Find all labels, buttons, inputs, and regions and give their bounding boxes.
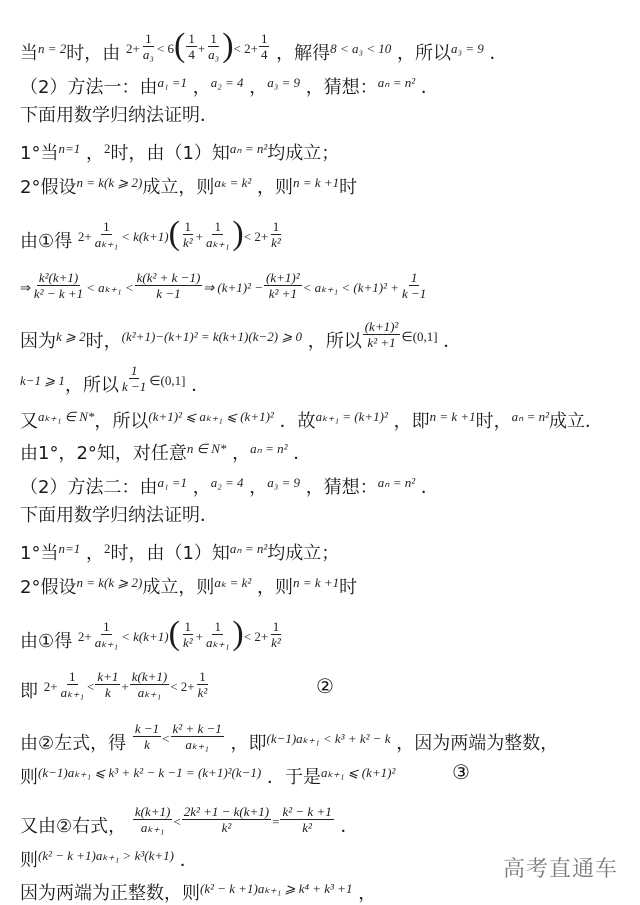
math: 2+ — [78, 229, 92, 244]
math: < 6 — [157, 41, 174, 56]
numerator: 1 — [208, 31, 219, 47]
math: k−1 ⩾ 1 — [20, 373, 65, 388]
fraction: k(k+1)aₖ₊₁ — [130, 669, 169, 700]
denominator: aₖ₊₁ — [93, 235, 120, 250]
fraction: 1k² — [269, 619, 283, 650]
fraction: 1k² — [181, 619, 195, 650]
math: < k(k+1) — [121, 629, 169, 644]
text: ，则 — [257, 177, 293, 198]
text: ， — [193, 477, 211, 498]
numerator: 1 — [271, 219, 282, 235]
math: aₙ = n² — [512, 409, 549, 424]
math: (k+1)² ⩽ aₖ₊₁ ⩽ (k+1)² — [148, 409, 273, 424]
math: aₙ = n² — [230, 141, 267, 156]
text: 均成立； — [267, 143, 339, 164]
line-5: 2°假设n = k(k ⩾ 2)成立，则aₖ = k² ，则n = k +1时 — [20, 172, 357, 199]
text: 2°假设 — [20, 577, 76, 598]
line-21: 则(k² − k +1)aₖ₊₁ > k³(k+1) ． — [20, 845, 198, 872]
line-20: 又由②右式， k(k+1)aₖ₊₁<2k² +1 − k(k+1)k²=k² −… — [20, 811, 358, 843]
text: ， — [358, 883, 376, 904]
denominator: aₖ₊₁ — [93, 635, 120, 650]
numerator: 2k² +1 − k(k+1) — [182, 804, 271, 820]
math: aₖ₊₁ ⩽ (k+1)² — [321, 765, 395, 780]
fraction: 1aₖ₊₁ — [59, 669, 86, 700]
text: 由1°，2°知，对任意 — [20, 443, 187, 464]
right-paren: ) — [222, 27, 233, 64]
text: ，所以 — [94, 411, 148, 432]
text: ，解得 — [276, 43, 330, 64]
text: （2）方法二：由 — [20, 477, 157, 498]
math: 2+ — [44, 679, 58, 694]
text: 时， — [476, 411, 512, 432]
text: 下面用数学归纳法证明． — [20, 105, 218, 126]
numerator: 1 — [183, 219, 194, 235]
numerator: 1 — [259, 31, 270, 47]
math: a₃ = 9 — [267, 475, 300, 490]
math: (k−1)aₖ₊₁ < k³ + k² − k — [266, 731, 390, 746]
fraction: k+1k — [95, 669, 120, 700]
denominator: aₖ₊₁ — [204, 235, 231, 250]
text: 成立，则 — [142, 577, 214, 598]
text: （2）方法一：由 — [20, 77, 157, 98]
text: ，即 — [394, 411, 430, 432]
text: ， — [249, 77, 267, 98]
text: 时，由（1）知 — [110, 143, 229, 164]
numerator: k(k+1) — [133, 804, 172, 820]
numerator: 1 — [197, 669, 208, 685]
text: ， — [86, 543, 104, 564]
left-paren: ( — [169, 215, 180, 252]
text: 因为 — [20, 331, 56, 352]
fraction: (k+1)²k² +1 — [264, 270, 302, 301]
numerator: k² + k −1 — [171, 721, 224, 737]
math: aₖ₊₁ ∈ N* — [38, 409, 94, 424]
math: k ⩾ 2 — [56, 329, 86, 344]
text: 1°当 — [20, 543, 58, 564]
denominator: k² — [300, 820, 314, 835]
text: ． — [443, 331, 461, 352]
math: < aₖ₊₁ < (k+1)² + — [303, 280, 399, 295]
fraction: 1k² — [181, 219, 195, 250]
numerator: 1 — [212, 219, 223, 235]
math: < — [87, 679, 94, 694]
watermark: 高考直通车 — [503, 852, 618, 883]
math: n = k +1 — [293, 175, 339, 190]
denominator: k² — [181, 635, 195, 650]
text: 1°当 — [20, 143, 58, 164]
math: + — [196, 229, 203, 244]
fraction: k −1k — [133, 721, 161, 752]
denominator: k² − k +1 — [32, 286, 85, 301]
fraction: 2k² +1 − k(k+1)k² — [182, 804, 271, 835]
text: 则 — [20, 850, 38, 871]
text: 由①得 — [20, 631, 72, 652]
math: a₂ = 4 — [211, 475, 244, 490]
numerator: 1 — [186, 31, 197, 47]
math: 2+ — [126, 41, 140, 56]
math: aₙ = n² — [378, 475, 415, 490]
math: = — [272, 814, 279, 829]
text: 成立． — [549, 411, 603, 432]
line-22: 因为两端为正整数，则(k² − k +1)aₖ₊₁ ⩾ k⁴ + k³ +1 ， — [20, 878, 376, 905]
math: 8 < a₃ < 10 — [330, 41, 391, 56]
denominator: 4 — [186, 47, 197, 62]
text: ， — [232, 443, 250, 464]
denominator: a₃ — [206, 47, 221, 62]
numerator: 1 — [101, 619, 112, 635]
numerator: 1 — [129, 363, 140, 379]
fraction: 1a₃ — [206, 31, 221, 62]
math: aₖ = k² — [214, 175, 251, 190]
denominator: k −1 — [154, 286, 182, 301]
numerator: k+1 — [95, 669, 120, 685]
line-11: 由1°，2°知，对任意n ∈ N* ，aₙ = n² ． — [20, 438, 311, 465]
math: ⇒ (k+1)² − — [203, 280, 263, 295]
denominator: k −1 — [120, 379, 148, 394]
math: a₂ = 4 — [211, 75, 244, 90]
text: ． — [490, 43, 508, 64]
equation-label-3: ③ — [452, 760, 470, 784]
denominator: aₖ₊₁ — [204, 635, 231, 650]
denominator: k² +1 — [267, 286, 299, 301]
text: 时 — [339, 177, 357, 198]
denominator: k² +1 — [365, 335, 397, 350]
denominator: k −1 — [400, 286, 428, 301]
math: a₁ =1 — [157, 475, 187, 490]
fraction: 1aₖ₊₁ — [204, 619, 231, 650]
line-12: （2）方法二：由a₁ =1 ，a₂ = 4 ，a₃ = 9 ，猜想：aₙ = n… — [20, 472, 439, 499]
right-paren: ) — [232, 215, 243, 252]
math: < 2+ — [234, 41, 258, 56]
line-3: 下面用数学归纳法证明． — [20, 105, 218, 127]
numerator: 1 — [143, 31, 154, 47]
text: 成立，则 — [142, 177, 214, 198]
fraction: 1a₃ — [141, 31, 156, 62]
fraction: 1aₖ₊₁ — [93, 619, 120, 650]
fraction: 1aₖ₊₁ — [204, 219, 231, 250]
numerator: (k+1)² — [264, 270, 302, 286]
text: ，则 — [257, 577, 293, 598]
text: 由①得 — [20, 231, 72, 252]
line-19: 则(k−1)aₖ₊₁ ⩽ k³ + k² − k −1 = (k+1)²(k−1… — [20, 762, 395, 789]
line-17: 即 2+1aₖ₊₁<k+1k+k(k+1)aₖ₊₁< 2+1k² — [20, 676, 210, 708]
line-14: 1°当n=1 ，2时，由（1）知aₙ = n²均成立； — [20, 538, 339, 565]
line-18: 由②左式，得 k −1k<k² + k −1aₖ₊₁ ，即(k−1)aₖ₊₁ <… — [20, 728, 558, 760]
line-9: k−1 ⩾ 1，所以1k −1∈(0,1] ． — [20, 370, 209, 402]
numerator: 1 — [212, 619, 223, 635]
numerator: 1 — [409, 270, 420, 286]
fraction: k(k² + k −1)k −1 — [135, 270, 203, 301]
text: ，所以 — [397, 43, 451, 64]
text: ，所以 — [65, 375, 119, 396]
denominator: k — [103, 685, 113, 700]
math: n = k +1 — [430, 409, 476, 424]
text: 即 — [20, 681, 38, 702]
math: ∈(0,1] — [401, 329, 437, 344]
math: a₁ =1 — [157, 75, 187, 90]
line-6: 由①得 2+1aₖ₊₁< k(k+1)(1k²+1aₖ₊₁)< 2+1k² — [20, 226, 284, 258]
text: 又 — [20, 411, 38, 432]
text: 因为两端为正整数，则 — [20, 883, 200, 904]
denominator: k — [142, 737, 152, 752]
line-4: 1°当n=1 ，2时，由（1）知aₙ = n²均成立； — [20, 138, 339, 165]
text: 均成立； — [267, 543, 339, 564]
text: 时，由 — [66, 43, 120, 64]
line-15: 2°假设n = k(k ⩾ 2)成立，则aₖ = k² ，则n = k +1时 — [20, 572, 357, 599]
fraction: 1k² — [269, 219, 283, 250]
text: ，因为两端为整数， — [396, 733, 558, 754]
denominator: aₖ₊₁ — [59, 685, 86, 700]
text: ．故 — [280, 411, 316, 432]
text: ． — [421, 477, 439, 498]
math: ⇒ — [20, 280, 31, 295]
fraction: k²(k+1)k² − k +1 — [32, 270, 85, 301]
math: + — [198, 41, 205, 56]
denominator: k² — [196, 685, 210, 700]
line-13: 下面用数学归纳法证明． — [20, 505, 218, 527]
math: n=1 — [58, 141, 80, 156]
text: 当 — [20, 43, 38, 64]
denominator: aₖ₊₁ — [183, 737, 210, 752]
text: 时 — [339, 577, 357, 598]
line-7: ⇒k²(k+1)k² − k +1< aₖ₊₁ <k(k² + k −1)k −… — [20, 277, 429, 309]
numerator: 1 — [183, 619, 194, 635]
text: ，猜想： — [306, 77, 378, 98]
math: (k²+1)−(k+1)² = k(k+1)(k−2) ⩾ 0 — [122, 329, 302, 344]
math: < aₖ₊₁ < — [86, 280, 133, 295]
text: ． — [340, 816, 358, 837]
text: ． — [191, 375, 209, 396]
math: < k(k+1) — [121, 229, 169, 244]
math: ∈(0,1] — [149, 373, 185, 388]
fraction: 1aₖ₊₁ — [93, 219, 120, 250]
denominator: 4 — [259, 47, 270, 62]
math: < — [162, 731, 169, 746]
fraction: 14 — [186, 31, 197, 62]
text: 由②左式，得 — [20, 733, 126, 754]
math: n = k +1 — [293, 575, 339, 590]
math: aₙ = n² — [230, 541, 267, 556]
text: ． — [180, 850, 198, 871]
fraction: 1k −1 — [120, 363, 148, 394]
numerator: k² − k +1 — [280, 804, 333, 820]
fraction: k² − k +1k² — [280, 804, 333, 835]
text: ， — [249, 477, 267, 498]
denominator: k² — [269, 635, 283, 650]
text: ，即 — [230, 733, 266, 754]
math: 2+ — [78, 629, 92, 644]
numerator: 1 — [101, 219, 112, 235]
numerator: 1 — [271, 619, 282, 635]
text: ．于是 — [267, 767, 321, 788]
denominator: aₖ₊₁ — [136, 685, 163, 700]
math: < 2+ — [170, 679, 194, 694]
numerator: k²(k+1) — [37, 270, 80, 286]
math: aₙ = n² — [250, 441, 287, 456]
left-paren: ( — [169, 615, 180, 652]
math: n = k(k ⩾ 2) — [76, 175, 142, 190]
text: 2°假设 — [20, 177, 76, 198]
math: (k² − k +1)aₖ₊₁ > k³(k+1) — [38, 848, 174, 863]
fraction: 14 — [259, 31, 270, 62]
text: ， — [193, 77, 211, 98]
numerator: k −1 — [133, 721, 161, 737]
text: ． — [421, 77, 439, 98]
math: a₃ = 9 — [267, 75, 300, 90]
fraction: 1k² — [196, 669, 210, 700]
text: ，所以 — [308, 331, 362, 352]
denominator: k² — [220, 820, 234, 835]
text: ， — [86, 143, 104, 164]
line-16: 由①得 2+1aₖ₊₁< k(k+1)(1k²+1aₖ₊₁)< 2+1k² — [20, 626, 284, 658]
denominator: a₃ — [141, 47, 156, 62]
math: < — [173, 814, 180, 829]
math: aₙ = n² — [378, 75, 415, 90]
math: a₃ = 9 — [451, 41, 484, 56]
text: ，猜想： — [306, 477, 378, 498]
math: + — [121, 679, 128, 694]
math: n ∈ N* — [187, 441, 227, 456]
math: n = k(k ⩾ 2) — [76, 575, 142, 590]
math: (k² − k +1)aₖ₊₁ ⩾ k⁴ + k³ +1 — [200, 881, 352, 896]
math: n=1 — [58, 541, 80, 556]
math: (k−1)aₖ₊₁ ⩽ k³ + k² − k −1 = (k+1)²(k−1) — [38, 765, 261, 780]
line-8: 因为k ⩾ 2时，(k²+1)−(k+1)² = k(k+1)(k−2) ⩾ 0… — [20, 326, 461, 358]
text: 又由②右式， — [20, 816, 126, 837]
math: aₖ = k² — [214, 575, 251, 590]
left-paren: ( — [174, 27, 185, 64]
math: < 2+ — [244, 229, 268, 244]
fraction: 1k −1 — [400, 270, 428, 301]
math: + — [196, 629, 203, 644]
text: 时，由（1）知 — [110, 543, 229, 564]
fraction: k² + k −1aₖ₊₁ — [171, 721, 224, 752]
fraction: k(k+1)aₖ₊₁ — [133, 804, 172, 835]
numerator: 1 — [67, 669, 78, 685]
right-paren: ) — [232, 615, 243, 652]
math: aₖ₊₁ = (k+1)² — [316, 409, 388, 424]
numerator: k(k² + k −1) — [135, 270, 203, 286]
numerator: (k+1)² — [363, 319, 401, 335]
math: n = 2 — [38, 41, 66, 56]
text: 下面用数学归纳法证明． — [20, 505, 218, 526]
fraction: (k+1)²k² +1 — [363, 319, 401, 350]
math: < 2+ — [244, 629, 268, 644]
denominator: aₖ₊₁ — [139, 820, 166, 835]
line-10: 又aₖ₊₁ ∈ N*，所以(k+1)² ⩽ aₖ₊₁ ⩽ (k+1)² ．故aₖ… — [20, 406, 603, 433]
text: ． — [293, 443, 311, 464]
equation-label-2: ② — [316, 674, 334, 698]
line-1: 当n = 2时，由 2+1a₃< 6(14+1a₃)< 2+14 ，解得8 < … — [20, 38, 508, 70]
numerator: k(k+1) — [130, 669, 169, 685]
text: 时， — [86, 331, 122, 352]
text: 则 — [20, 767, 38, 788]
denominator: k² — [181, 235, 195, 250]
line-2: （2）方法一：由a₁ =1 ，a₂ = 4 ，a₃ = 9 ，猜想：aₙ = n… — [20, 72, 439, 99]
denominator: k² — [269, 235, 283, 250]
